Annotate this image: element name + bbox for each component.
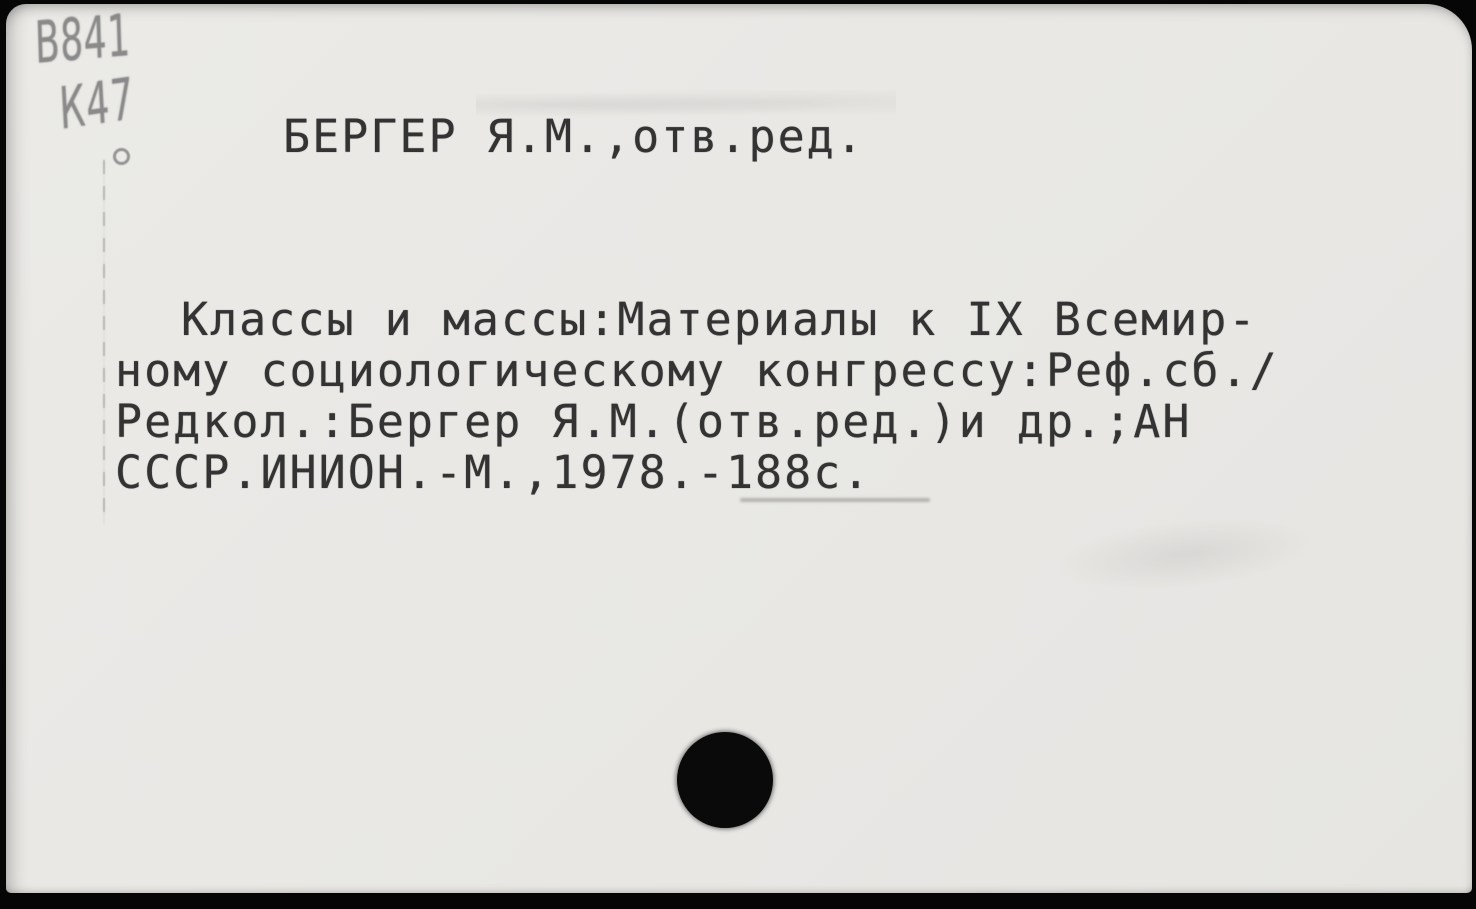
scan-bottom-bar — [0, 893, 1476, 909]
scan-artifact-smudge — [1053, 506, 1319, 603]
call-number-top: В841 — [34, 6, 132, 72]
call-number-bottom: К47 — [58, 69, 142, 138]
entry-line-4: СССР.ИНИОН.-М.,1978.-188с. — [115, 447, 1395, 498]
scanner-backdrop: В841 К47 БЕРГЕР Я.М.,отв.ред. Классы и м… — [0, 0, 1476, 909]
punch-hole — [677, 732, 773, 828]
entry-line-2: ному социологическому конгрессу:Реф.сб./ — [115, 345, 1395, 396]
library-catalog-card: В841 К47 БЕРГЕР Я.М.,отв.ред. Классы и м… — [6, 4, 1472, 893]
bibliographic-entry: Классы и массы:Материалы к IX Всемир- но… — [115, 294, 1395, 498]
entry-line-3: Редкол.:Бергер Я.М.(отв.ред.)и др.;АН — [115, 396, 1395, 447]
call-number: В841 К47 — [34, 14, 189, 138]
scan-artifact-dots — [476, 90, 896, 120]
entry-line-1: Классы и массы:Материалы к IX Всемир- — [115, 294, 1395, 345]
pencil-circle-mark — [113, 148, 130, 165]
vertical-crease — [103, 160, 105, 524]
scan-artifact-streak — [740, 498, 930, 502]
